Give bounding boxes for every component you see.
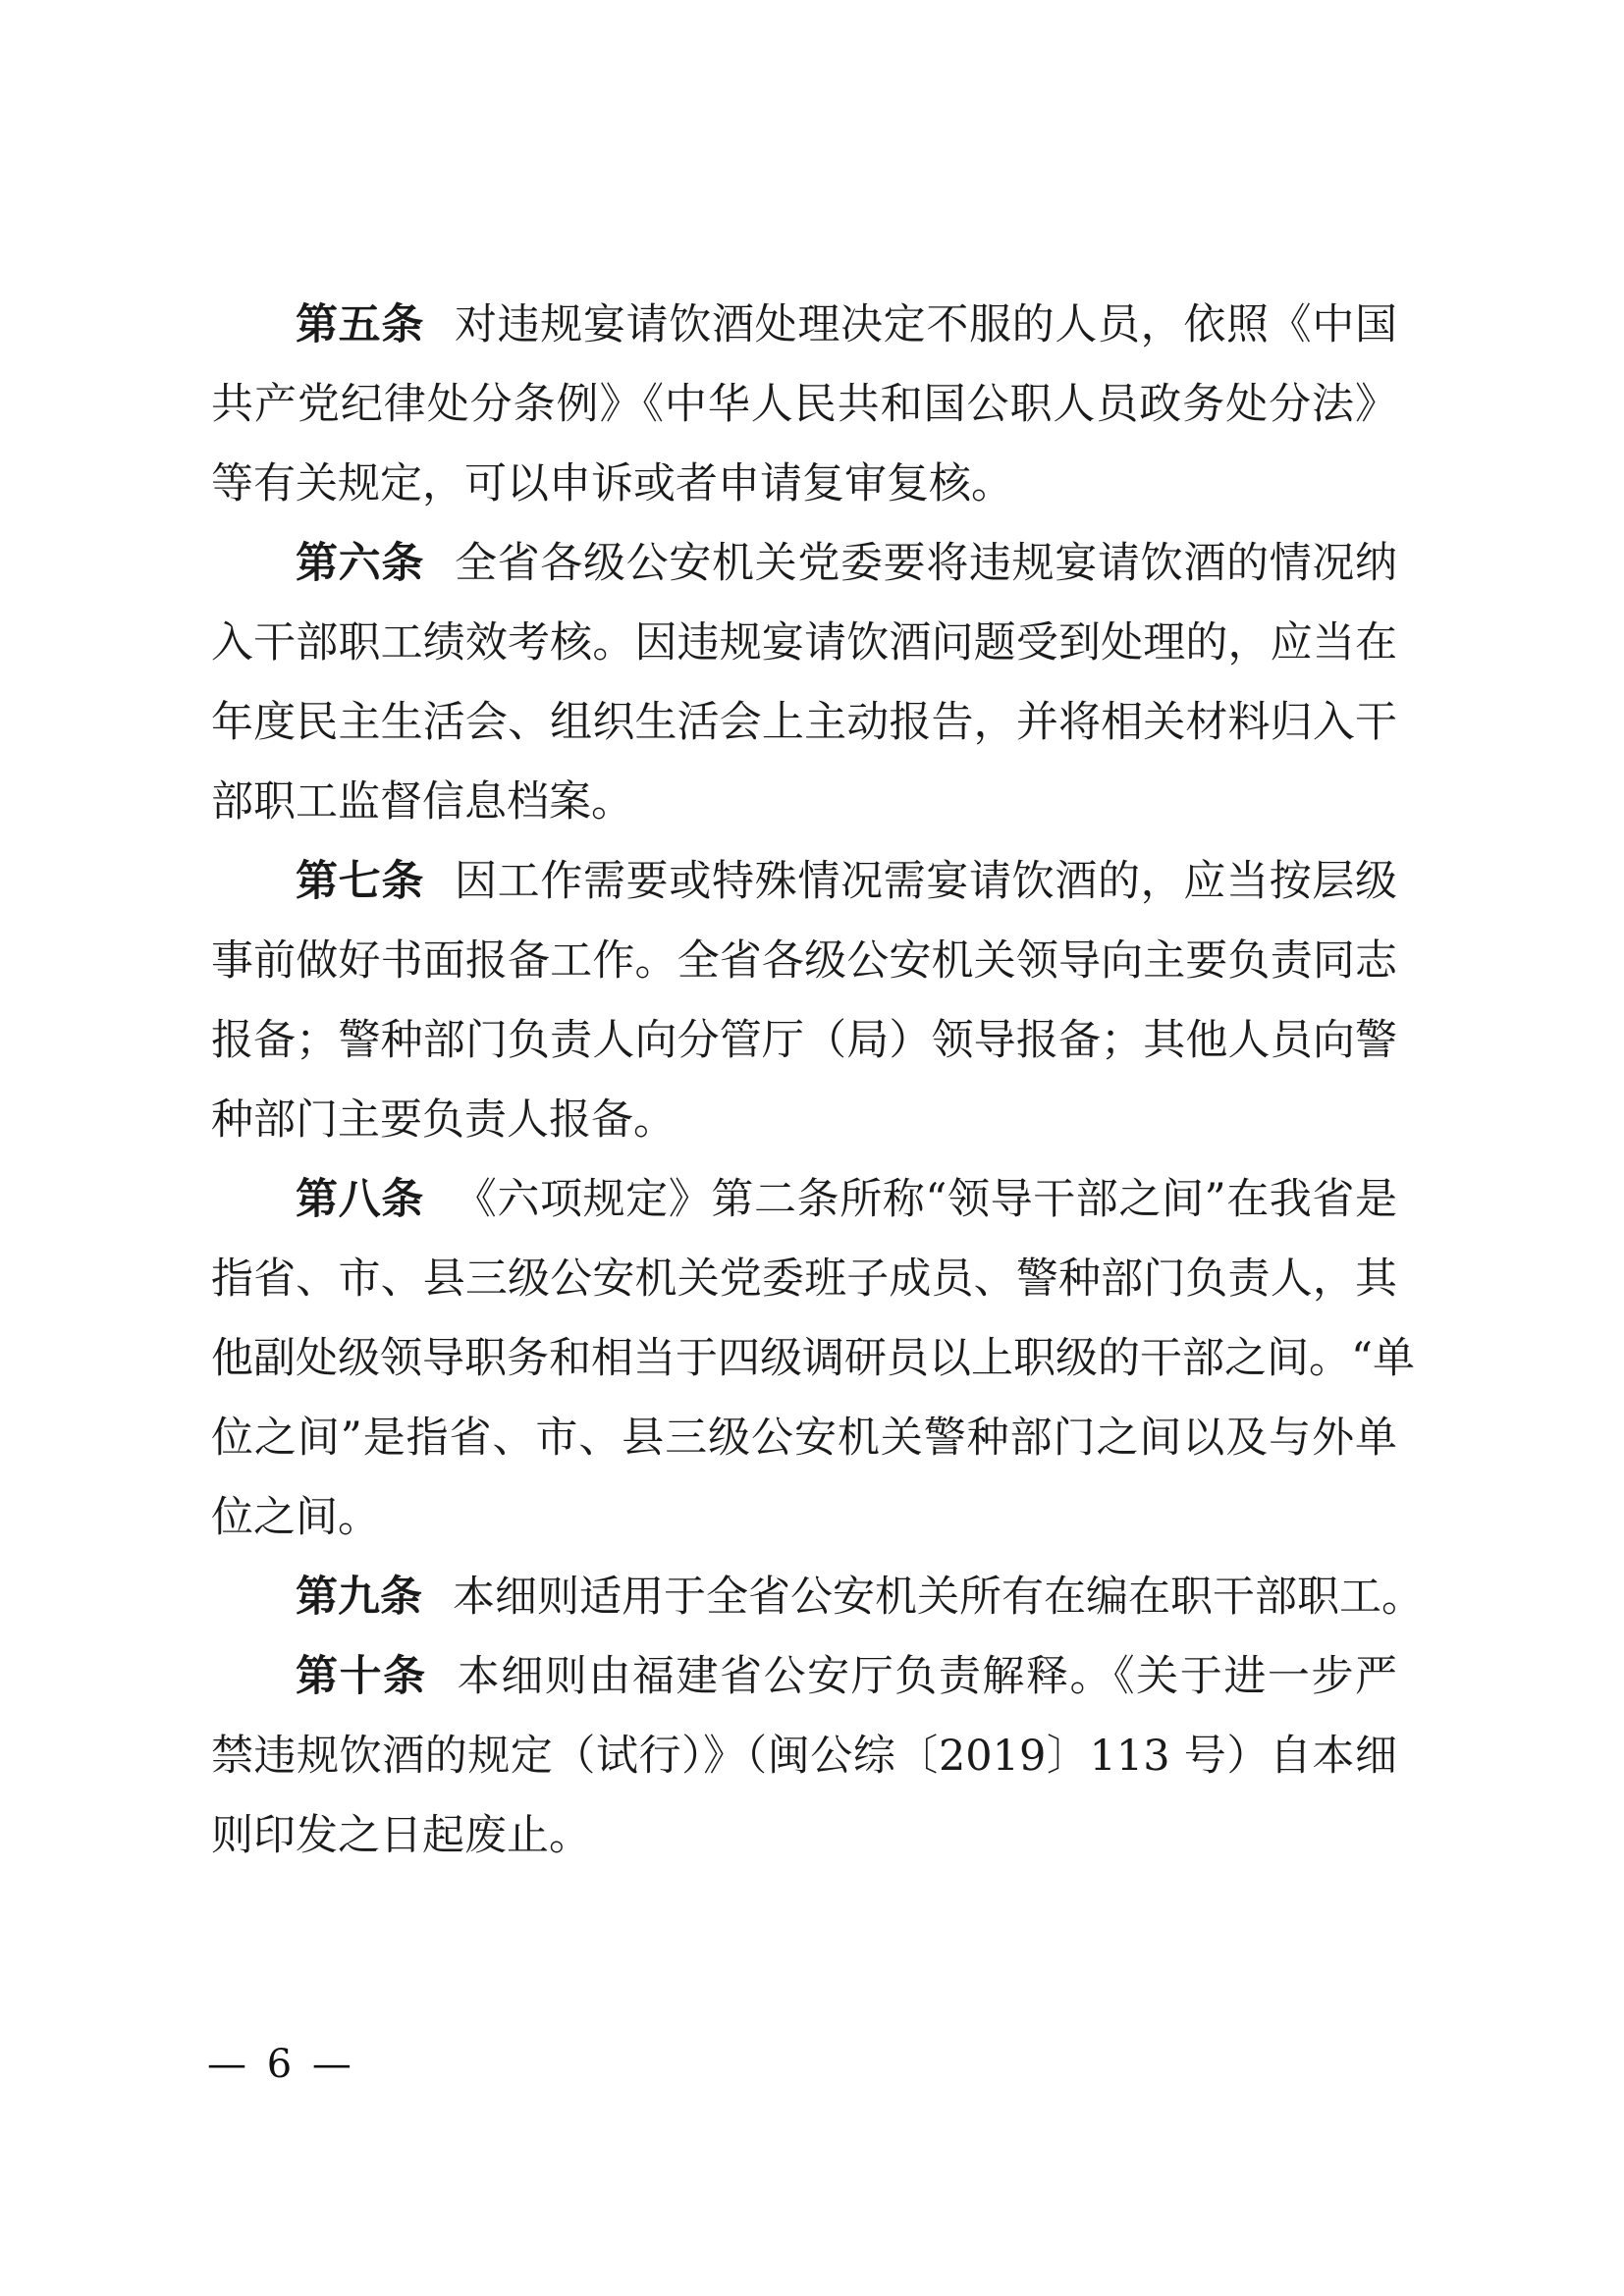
line-text: 部职工监督信息档案。	[211, 777, 633, 827]
text-line: 第六条全省各级公安机关党委要将违规宴请饮酒的情况纳	[211, 524, 1397, 604]
text-line: 种部门主要负责人报备。	[211, 1081, 1397, 1160]
line-text: 则印发之日起废止。	[211, 1811, 591, 1860]
article-label: 第五条	[296, 300, 424, 349]
line-text: 《六项规定》第二条所称“领导干部之间”在我省是	[455, 1175, 1397, 1224]
line-text: 本细则适用于全省公安机关所有在编在职干部职工。	[453, 1573, 1424, 1622]
line-text: 年度民主生活会、组织生活会上主动报告，并将相关材料归入干	[211, 698, 1397, 747]
line-text: 位之间。	[211, 1493, 380, 1542]
text-line: 第十条本细则由福建省公安厅负责解释。《关于进一步严	[211, 1637, 1397, 1717]
text-line: 禁违规饮酒的规定（试行）》（闽公综〔2019〕113 号）自本细	[211, 1717, 1397, 1796]
line-text: 共产党纪律处分条例》《中华人民共和国公职人员政务处分法》	[211, 380, 1397, 429]
line-text: 等有关规定，可以申诉或者申请复审复核。	[211, 459, 1013, 508]
line-text: 入干部职工绩效考核。因违规宴请饮酒问题受到处理的，应当在	[211, 618, 1397, 667]
text-line: 则印发之日起废止。	[211, 1796, 1397, 1876]
line-text: 位之间”是指省、市、县三级公安机关警种部门之间以及与外单	[211, 1414, 1397, 1463]
text-line: 部职工监督信息档案。	[211, 763, 1397, 842]
line-text: 报备；警种部门负责人向分管厅（局）领导报备；其他人员向警	[211, 1016, 1397, 1065]
line-text: 指省、市、县三级公安机关党委班子成员、警种部门负责人，其	[211, 1255, 1397, 1304]
text-line: 报备；警种部门负责人向分管厅（局）领导报备；其他人员向警	[211, 1001, 1397, 1081]
text-line: 位之间”是指省、市、县三级公安机关警种部门之间以及与外单	[211, 1399, 1397, 1478]
article-label: 第九条	[296, 1573, 422, 1622]
article-label: 第七条	[296, 857, 424, 906]
article-label: 第六条	[296, 539, 424, 588]
text-line: 入干部职工绩效考核。因违规宴请饮酒问题受到处理的，应当在	[211, 604, 1397, 683]
line-text: 他副处级领导职务和相当于四级调研员以上职级的干部之间。“单	[211, 1334, 1415, 1383]
line-text: 种部门主要负责人报备。	[211, 1095, 676, 1145]
text-line: 第八条《六项规定》第二条所称“领导干部之间”在我省是	[211, 1160, 1397, 1240]
text-line: 第七条因工作需要或特殊情况需宴请饮酒的，应当按层级	[211, 842, 1397, 922]
document-page: 第五条对违规宴请饮酒处理决定不服的人员，依照《中国 共产党纪律处分条例》《中华人…	[0, 0, 1624, 2296]
line-text: 事前做好书面报备工作。全省各级公安机关领导向主要负责同志	[211, 936, 1397, 986]
article-label: 第十条	[296, 1652, 427, 1701]
text-line: 年度民主生活会、组织生活会上主动报告，并将相关材料归入干	[211, 683, 1397, 763]
text-line: 第九条本细则适用于全省公安机关所有在编在职干部职工。	[211, 1558, 1397, 1637]
line-text: 因工作需要或特殊情况需宴请饮酒的，应当按层级	[455, 857, 1397, 906]
text-line: 他副处级领导职务和相当于四级调研员以上职级的干部之间。“单	[211, 1319, 1397, 1399]
text-line: 等有关规定，可以申诉或者申请复审复核。	[211, 445, 1397, 524]
text-line: 第五条对违规宴请饮酒处理决定不服的人员，依照《中国	[211, 286, 1397, 365]
text-line: 位之间。	[211, 1478, 1397, 1558]
document-body: 第五条对违规宴请饮酒处理决定不服的人员，依照《中国 共产党纪律处分条例》《中华人…	[211, 286, 1397, 1876]
line-text: 本细则由福建省公安厅负责解释。《关于进一步严	[458, 1652, 1397, 1701]
text-line: 事前做好书面报备工作。全省各级公安机关领导向主要负责同志	[211, 922, 1397, 1001]
text-line: 共产党纪律处分条例》《中华人民共和国公职人员政务处分法》	[211, 365, 1397, 445]
page-number: — 6 —	[207, 2036, 355, 2093]
line-text: 全省各级公安机关党委要将违规宴请饮酒的情况纳	[455, 539, 1397, 588]
article-label: 第八条	[296, 1175, 424, 1224]
line-text: 禁违规饮酒的规定（试行）》（闽公综〔2019〕113 号）自本细	[211, 1732, 1397, 1781]
line-text: 对违规宴请饮酒处理决定不服的人员，依照《中国	[455, 300, 1397, 349]
text-line: 指省、市、县三级公安机关党委班子成员、警种部门负责人，其	[211, 1240, 1397, 1319]
